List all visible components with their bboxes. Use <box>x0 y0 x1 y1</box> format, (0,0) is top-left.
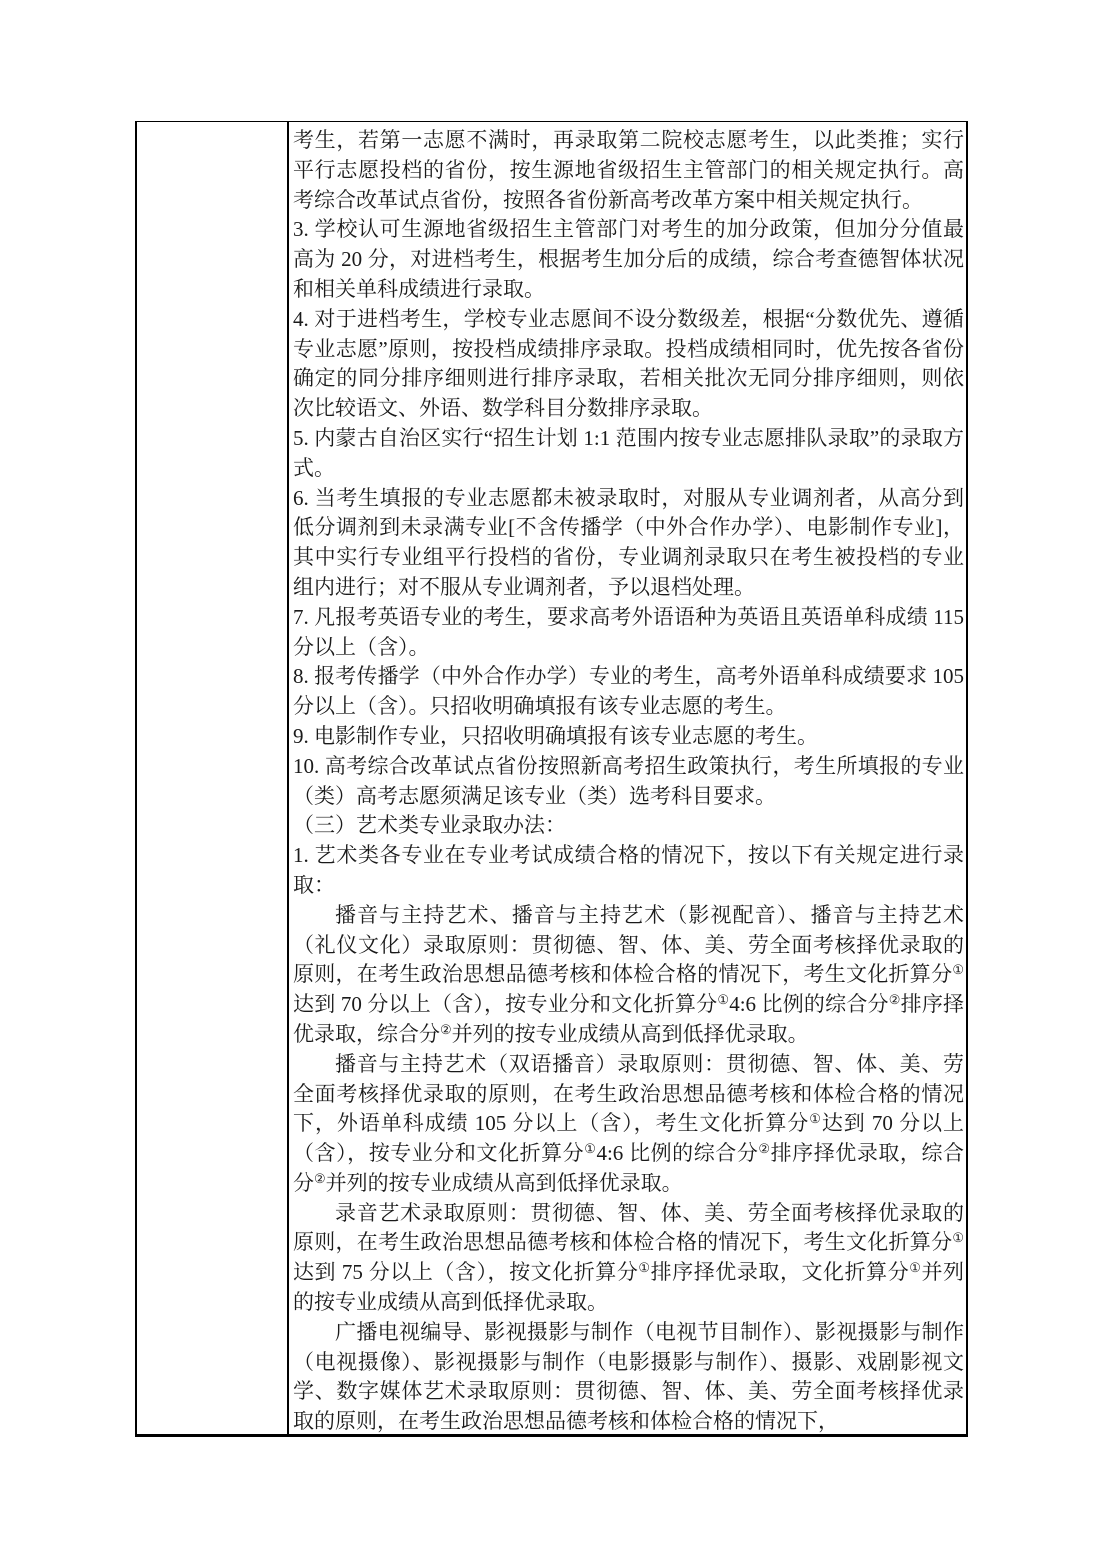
paragraph: 9. 电影制作专业，只招收明确填报有该专业志愿的考生。 <box>293 722 964 752</box>
paragraph: 5. 内蒙古自治区实行“招生计划 1:1 范围内按专业志愿排队录取”的录取方式。 <box>293 424 964 484</box>
document-page: 考生，若第一志愿不满时，再录取第二院校志愿考生，以此类推；实行平行志愿投档的省份… <box>0 0 1102 1559</box>
admissions-rules-table: 考生，若第一志愿不满时，再录取第二院校志愿考生，以此类推；实行平行志愿投档的省份… <box>135 121 968 1437</box>
cell-paragraphs: 考生，若第一志愿不满时，再录取第二院校志愿考生，以此类推；实行平行志愿投档的省份… <box>293 126 964 1434</box>
paragraph: 播音与主持艺术、播音与主持艺术（影视配音）、播音与主持艺术（礼仪文化）录取原则：… <box>293 901 964 1050</box>
footnote-marker: ① <box>952 1230 964 1245</box>
footnote-marker: ① <box>952 962 964 977</box>
paragraph: 录音艺术录取原则：贯彻德、智、体、美、劳全面考核择优录取的原则，在考生政治思想品… <box>293 1199 964 1318</box>
footnote-marker: ② <box>440 1022 452 1037</box>
paragraph: 7. 凡报考英语专业的考生，要求高考外语语种为英语且英语单科成绩 115 分以上… <box>293 603 964 663</box>
paragraph: 4. 对于进档考生，学校专业志愿间不设分数级差，根据“分数优先、遵循专业志愿”原… <box>293 305 964 424</box>
paragraph: 6. 当考生填报的专业志愿都未被录取时，对服从专业调剂者，从高分到低分调剂到未录… <box>293 484 964 603</box>
footnote-marker: ① <box>584 1141 596 1156</box>
paragraph: 3. 学校认可生源地省级招生主管部门对考生的加分政策，但加分分值最高为 20 分… <box>293 215 964 304</box>
paragraph: 广播电视编导、影视摄影与制作（电视节目制作）、影视摄影与制作（电视摄像）、影视摄… <box>293 1318 964 1434</box>
paragraph: （三）艺术类专业录取办法： <box>293 811 964 841</box>
footnote-marker: ① <box>717 992 729 1007</box>
table-cell-label <box>137 122 289 1434</box>
table-cell-content: 考生，若第一志愿不满时，再录取第二院校志愿考生，以此类推；实行平行志愿投档的省份… <box>289 122 966 1434</box>
footnote-marker: ① <box>638 1260 650 1275</box>
paragraph: 播音与主持艺术（双语播音）录取原则：贯彻德、智、体、美、劳全面考核择优录取的原则… <box>293 1050 964 1199</box>
paragraph: 10. 高考综合改革试点省份按照新高考招生政策执行，考生所填报的专业（类）高考志… <box>293 752 964 812</box>
footnote-marker: ② <box>758 1141 770 1156</box>
footnote-marker: ② <box>889 992 901 1007</box>
paragraph: 1. 艺术类各专业在专业考试成绩合格的情况下，按以下有关规定进行录取： <box>293 841 964 901</box>
footnote-marker: ② <box>314 1171 326 1186</box>
footnote-marker: ① <box>909 1260 921 1275</box>
paragraph: 8. 报考传播学（中外合作办学）专业的考生，高考外语单科成绩要求 105 分以上… <box>293 662 964 722</box>
paragraph: 考生，若第一志愿不满时，再录取第二院校志愿考生，以此类推；实行平行志愿投档的省份… <box>293 126 964 215</box>
footnote-marker: ① <box>809 1111 822 1126</box>
